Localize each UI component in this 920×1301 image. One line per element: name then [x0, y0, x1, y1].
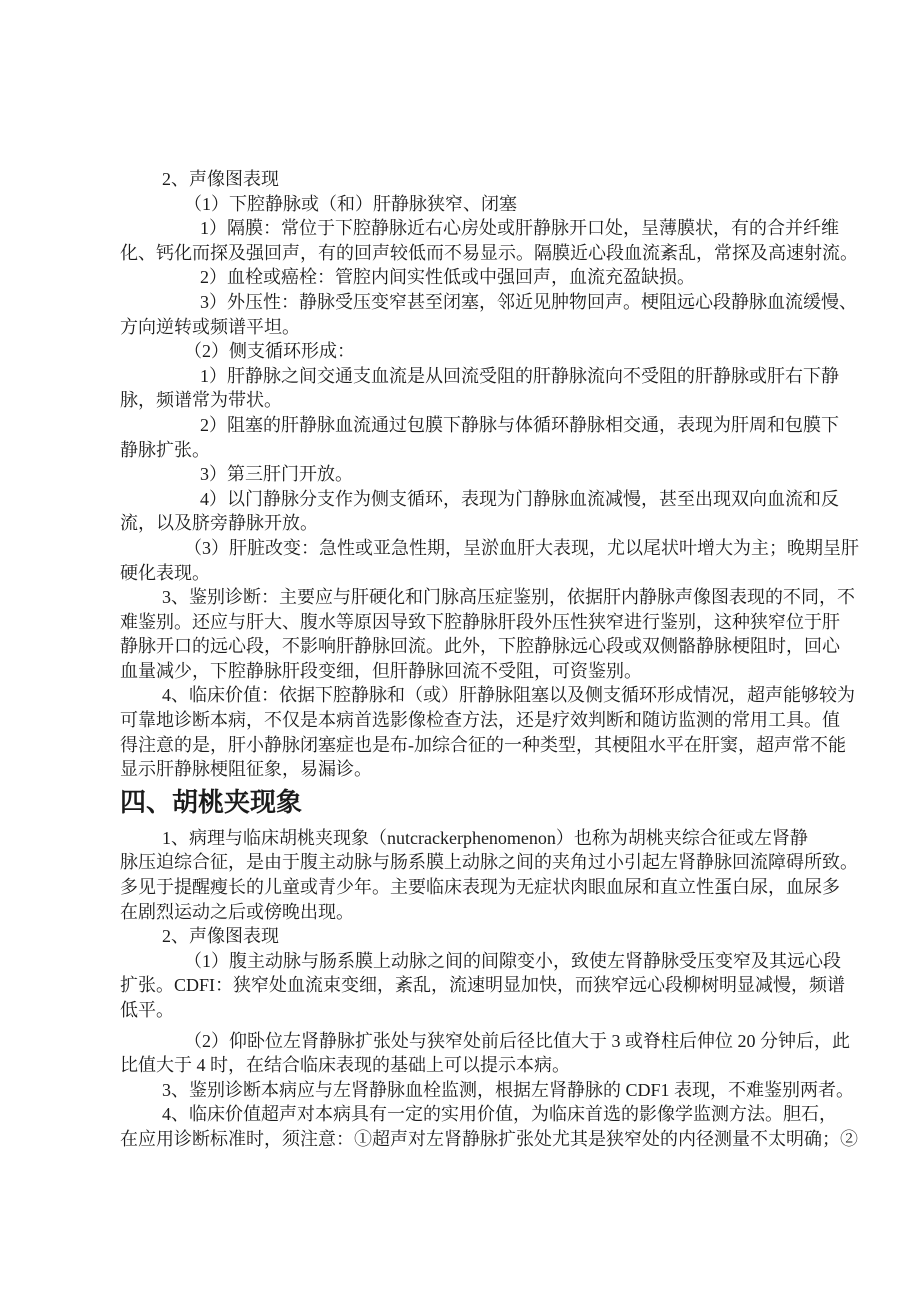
text-line: 3）第三肝门开放。 [120, 462, 920, 487]
text-line: 1、病理与临床胡桃夹现象（nutcrackerphenomenon）也称为胡桃夹… [120, 826, 920, 851]
text-line: 硬化表现。 [120, 561, 920, 586]
text-line: 4、临床价值：依据下腔静脉和（或）肝静脉阻塞以及侧支循环形成情况，超声能够较为 [120, 683, 920, 708]
text-line: 1）肝静脉之间交通支血流是从回流受阻的肝静脉流向不受阻的肝静脉或肝右下静 [120, 364, 920, 389]
text-line: 脉压迫综合征，是由于腹主动脉与肠系膜上动脉之间的夹角过小引起左肾静脉回流障碍所致… [120, 850, 920, 875]
text-line: 扩张。CDFI：狭窄处血流束变细，紊乱，流速明显加快，而狭窄远心段柳树明显减慢，… [120, 973, 920, 998]
text-line: 方向逆转或频谱平坦。 [120, 315, 920, 340]
text-line: 2、声像图表现 [120, 167, 920, 192]
text-line: 3、鉴别诊断本病应与左肾静脉血栓监测，根据左肾静脉的 CDF1 表现，不难鉴别两… [120, 1078, 920, 1103]
text-line: 3、鉴别诊断：主要应与肝硬化和门脉高压症鉴别，依据肝内静脉声像图表现的不同，不 [120, 585, 920, 610]
text-line: 血量减少，下腔静脉肝段变细，但肝静脉回流不受阻，可资鉴别。 [120, 659, 920, 684]
text-line: （1）下腔静脉或（和）肝静脉狭窄、闭塞 [120, 192, 920, 217]
text-line: 可靠地诊断本病，不仅是本病首选影像检查方法，还是疗效判断和随访监测的常用工具。值 [120, 708, 920, 733]
text-line: 流，以及脐旁静脉开放。 [120, 511, 920, 536]
text-line: 显示肝静脉梗阻征象，易漏诊。 [120, 757, 920, 782]
section-nutcracker-phenomenon: 1、病理与临床胡桃夹现象（nutcrackerphenomenon）也称为胡桃夹… [120, 826, 920, 1152]
text-line: 静脉扩张。 [120, 438, 920, 463]
text-line: 脉，频谱常为带状。 [120, 388, 920, 413]
text-line: 2、声像图表现 [120, 924, 920, 949]
text-line: （3）肝脏改变：急性或亚急性期，呈淤血肝大表现，尤以尾状叶增大为主；晚期呈肝 [120, 536, 920, 561]
text-line: 多见于提醒瘦长的儿童或青少年。主要临床表现为无症状肉眼血尿和直立性蛋白尿，血尿多 [120, 875, 920, 900]
text-line: （2）侧支循环形成： [120, 339, 920, 364]
text-line: 得注意的是，肝小静脉闭塞症也是布-加综合征的一种类型，其梗阻水平在肝窦，超声常不… [120, 733, 920, 758]
text-line: 2）血栓或癌栓：管腔内间实性低或中强回声，血流充盈缺损。 [120, 265, 920, 290]
text-line: 3）外压性：静脉受压变窄甚至闭塞，邻近见肿物回声。梗阻远心段静脉血流缓慢、 [120, 290, 920, 315]
text-line: （1）腹主动脉与肠系膜上动脉之间的间隙变小，致使左肾静脉受压变窄及其远心段 [120, 949, 920, 974]
page-content: 2、声像图表现（1）下腔静脉或（和）肝静脉狭窄、闭塞1）隔膜：常位于下腔静脉近右… [0, 0, 920, 1152]
text-line: 4、临床价值超声对本病具有一定的实用价值，为临床首选的影像学监测方法。胆石， [120, 1102, 920, 1127]
text-line: 比值大于 4 时，在结合临床表现的基础上可以提示本病。 [120, 1053, 920, 1078]
text-line: 在剧烈运动之后或傍晚出现。 [120, 900, 920, 925]
section-heading-nutcracker: 四、胡桃夹现象 [120, 786, 920, 820]
text-line: 2）阻塞的肝静脉血流通过包膜下静脉与体循环静脉相交通，表现为肝周和包膜下 [120, 413, 920, 438]
section-sonographic-findings: 2、声像图表现（1）下腔静脉或（和）肝静脉狭窄、闭塞1）隔膜：常位于下腔静脉近右… [120, 167, 920, 782]
text-line: 低平。 [120, 998, 920, 1023]
text-line: 化、钙化而探及强回声，有的回声较低而不易显示。隔膜近心段血流紊乱，常探及高速射流… [120, 241, 920, 266]
text-line: （2）仰卧位左肾静脉扩张处与狭窄处前后径比值大于 3 或脊柱后伸位 20 分钟后… [120, 1029, 920, 1054]
document-page: 2、声像图表现（1）下腔静脉或（和）肝静脉狭窄、闭塞1）隔膜：常位于下腔静脉近右… [0, 0, 920, 1301]
text-line: 在应用诊断标准时，须注意：①超声对左肾静脉扩张处尤其是狭窄处的内径测量不太明确；… [120, 1127, 920, 1152]
text-line: 静脉开口的远心段，不影响肝静脉回流。此外，下腔静脉远心段或双侧骼静脉梗阻时，回心 [120, 634, 920, 659]
text-line: 1）隔膜：常位于下腔静脉近右心房处或肝静脉开口处，呈薄膜状，有的合并纤维 [120, 216, 920, 241]
text-line: 4）以门静脉分支作为侧支循环，表现为门静脉血流减慢，甚至出现双向血流和反 [120, 487, 920, 512]
text-line: 难鉴别。还应与肝大、腹水等原因导致下腔静脉肝段外压性狭窄进行鉴别，这种狭窄位于肝 [120, 610, 920, 635]
